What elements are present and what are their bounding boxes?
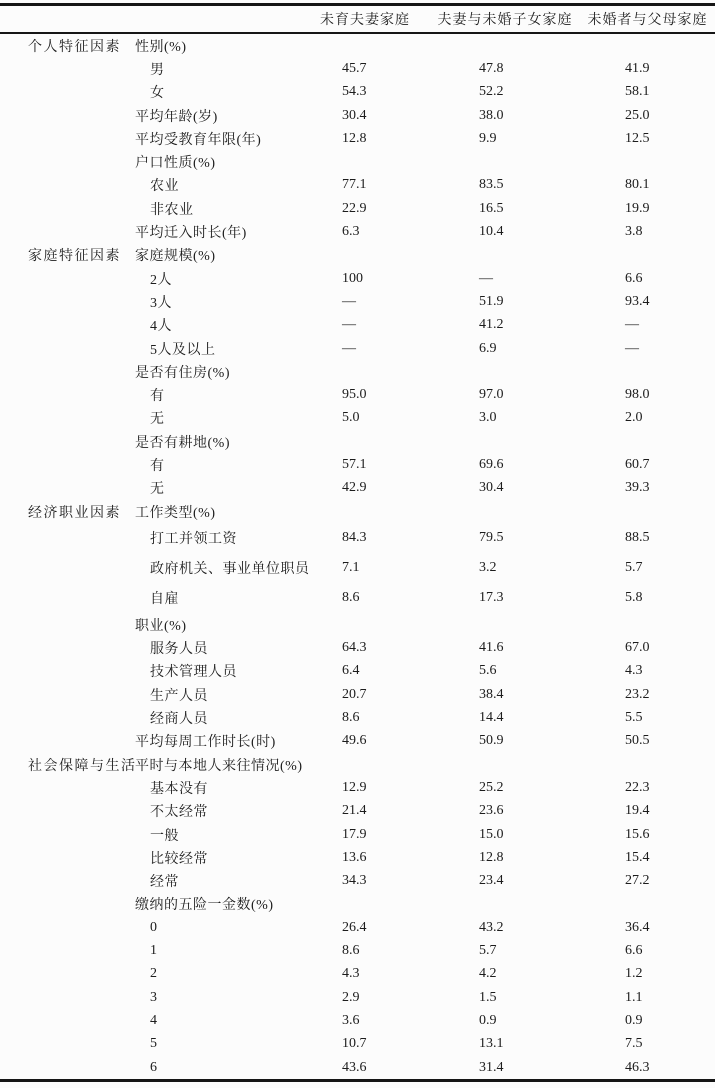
- table-row: 打工并领工资84.379.588.5: [0, 523, 715, 553]
- category-cell: 经济职业因素: [0, 502, 135, 522]
- value-cell: 1.5: [430, 990, 580, 1006]
- item-cell: 经商人员: [135, 708, 300, 728]
- table-row: 经济职业因素工作类型(%): [0, 500, 715, 523]
- item-cell: 有: [135, 385, 300, 405]
- item-cell: 平时与本地人来往情况(%): [135, 755, 300, 775]
- value-cell: 25.2: [430, 780, 580, 796]
- value-cell: 36.4: [580, 920, 715, 936]
- column-header-unmarried-with-parents: 未婚者与父母家庭: [580, 9, 715, 29]
- value-cell: 12.9: [300, 780, 430, 796]
- value-cell: 4.3: [300, 966, 430, 982]
- value-cell: 43.6: [300, 1060, 430, 1076]
- table-row: 有57.169.660.7: [0, 453, 715, 476]
- value-cell: 5.8: [580, 590, 715, 606]
- value-cell: 41.9: [580, 61, 715, 77]
- item-cell: 平均每周工作时长(时): [135, 731, 300, 751]
- value-cell: 79.5: [430, 530, 580, 546]
- value-cell: 64.3: [300, 640, 430, 656]
- value-cell: 22.3: [580, 780, 715, 796]
- value-cell: 15.6: [580, 827, 715, 843]
- value-cell: 7.5: [580, 1036, 715, 1052]
- value-cell: 15.0: [430, 827, 580, 843]
- table-row: 3人—51.993.4: [0, 290, 715, 313]
- value-cell: —: [580, 341, 715, 357]
- item-cell: 无: [135, 478, 300, 498]
- table-body: 个人特征因素性别(%)男45.747.841.9女54.352.258.1平均年…: [0, 34, 715, 1079]
- value-cell: 3.2: [430, 560, 580, 576]
- table-row: 缴纳的五险一金数(%): [0, 893, 715, 916]
- table-header-row: 未育夫妻家庭 夫妻与未婚子女家庭 未婚者与父母家庭: [0, 6, 715, 34]
- value-cell: 95.0: [300, 387, 430, 403]
- value-cell: 31.4: [430, 1060, 580, 1076]
- item-cell: 平均迁入时长(年): [135, 222, 300, 242]
- value-cell: —: [300, 341, 430, 357]
- item-cell: 打工并领工资: [135, 528, 300, 548]
- value-cell: 2.0: [580, 410, 715, 426]
- table-row: 个人特征因素性别(%): [0, 34, 715, 57]
- value-cell: 22.9: [300, 201, 430, 217]
- value-cell: 6.6: [580, 271, 715, 287]
- value-cell: 23.6: [430, 803, 580, 819]
- value-cell: 41.6: [430, 640, 580, 656]
- table-row: 无5.03.02.0: [0, 407, 715, 430]
- value-cell: 3.6: [300, 1013, 430, 1029]
- value-cell: 21.4: [300, 803, 430, 819]
- table-row: 基本没有12.925.222.3: [0, 776, 715, 799]
- item-cell: 4人: [135, 315, 300, 335]
- table-row: 2人100—6.6: [0, 267, 715, 290]
- value-cell: 38.4: [430, 687, 580, 703]
- value-cell: 15.4: [580, 850, 715, 866]
- table-row: 平均年龄(岁)30.438.025.0: [0, 104, 715, 127]
- table-row: 社会保障与生活平时与本地人来往情况(%): [0, 753, 715, 776]
- value-cell: 6.3: [300, 224, 430, 240]
- table-row: 无42.930.439.3: [0, 477, 715, 500]
- value-cell: 1.1: [580, 990, 715, 1006]
- value-cell: 3.8: [580, 224, 715, 240]
- item-cell: 性别(%): [135, 36, 300, 56]
- value-cell: 13.6: [300, 850, 430, 866]
- value-cell: 17.3: [430, 590, 580, 606]
- value-cell: 5.5: [580, 710, 715, 726]
- item-cell: 有: [135, 455, 300, 475]
- table-row: 不太经常21.423.619.4: [0, 800, 715, 823]
- table-row: 户口性质(%): [0, 150, 715, 173]
- value-cell: 54.3: [300, 84, 430, 100]
- value-cell: 38.0: [430, 108, 580, 124]
- value-cell: 50.9: [430, 733, 580, 749]
- item-cell: 农业: [135, 175, 300, 195]
- value-cell: 46.3: [580, 1060, 715, 1076]
- table-row: 服务人员64.341.667.0: [0, 637, 715, 660]
- value-cell: 93.4: [580, 294, 715, 310]
- value-cell: 51.9: [430, 294, 580, 310]
- item-cell: 生产人员: [135, 685, 300, 705]
- item-cell: 政府机关、事业单位职员: [135, 558, 300, 578]
- value-cell: 19.4: [580, 803, 715, 819]
- value-cell: 30.4: [430, 480, 580, 496]
- value-cell: 98.0: [580, 387, 715, 403]
- item-cell: 6: [135, 1060, 300, 1076]
- value-cell: 23.2: [580, 687, 715, 703]
- table-row: 女54.352.258.1: [0, 81, 715, 104]
- table-row: 是否有耕地(%): [0, 430, 715, 453]
- value-cell: 20.7: [300, 687, 430, 703]
- item-cell: 平均受教育年限(年): [135, 129, 300, 149]
- value-cell: 1.2: [580, 966, 715, 982]
- value-cell: 58.1: [580, 84, 715, 100]
- table-row: 是否有住房(%): [0, 360, 715, 383]
- value-cell: 17.9: [300, 827, 430, 843]
- value-cell: 8.6: [300, 943, 430, 959]
- table-row: 生产人员20.738.423.2: [0, 683, 715, 706]
- value-cell: 50.5: [580, 733, 715, 749]
- item-cell: 1: [135, 943, 300, 959]
- value-cell: 19.9: [580, 201, 715, 217]
- column-header-couple-with-children: 夫妻与未婚子女家庭: [430, 9, 580, 29]
- item-cell: 服务人员: [135, 638, 300, 658]
- value-cell: 0.9: [430, 1013, 580, 1029]
- item-cell: 无: [135, 408, 300, 428]
- table-row: 经常34.323.427.2: [0, 870, 715, 893]
- value-cell: 8.6: [300, 590, 430, 606]
- value-cell: 69.6: [430, 457, 580, 473]
- value-cell: 5.0: [300, 410, 430, 426]
- value-cell: 67.0: [580, 640, 715, 656]
- value-cell: 6.9: [430, 341, 580, 357]
- value-cell: 27.2: [580, 873, 715, 889]
- value-cell: 100: [300, 271, 430, 287]
- value-cell: —: [580, 317, 715, 333]
- table-row: 平均迁入时长(年)6.310.43.8: [0, 220, 715, 243]
- value-cell: 6.4: [300, 663, 430, 679]
- table-row: 24.34.21.2: [0, 963, 715, 986]
- value-cell: 49.6: [300, 733, 430, 749]
- value-cell: 97.0: [430, 387, 580, 403]
- item-cell: 女: [135, 82, 300, 102]
- value-cell: 12.8: [300, 131, 430, 147]
- value-cell: 84.3: [300, 530, 430, 546]
- value-cell: 10.4: [430, 224, 580, 240]
- value-cell: 13.1: [430, 1036, 580, 1052]
- item-cell: 户口性质(%): [135, 152, 300, 172]
- table-row: 经商人员8.614.45.5: [0, 706, 715, 729]
- value-cell: 77.1: [300, 177, 430, 193]
- table-row: 农业77.183.580.1: [0, 174, 715, 197]
- value-cell: 12.8: [430, 850, 580, 866]
- table-row: 18.65.76.6: [0, 939, 715, 962]
- table-row: 有95.097.098.0: [0, 383, 715, 406]
- value-cell: 5.7: [430, 943, 580, 959]
- value-cell: 10.7: [300, 1036, 430, 1052]
- value-cell: 57.1: [300, 457, 430, 473]
- value-cell: 14.4: [430, 710, 580, 726]
- value-cell: 4.2: [430, 966, 580, 982]
- value-cell: 80.1: [580, 177, 715, 193]
- item-cell: 5: [135, 1036, 300, 1052]
- value-cell: 8.6: [300, 710, 430, 726]
- item-cell: 缴纳的五险一金数(%): [135, 894, 300, 914]
- table-row: 平均每周工作时长(时)49.650.950.5: [0, 730, 715, 753]
- value-cell: —: [430, 271, 580, 287]
- table-row: 家庭特征因素家庭规模(%): [0, 244, 715, 267]
- table-row: 一般17.915.015.6: [0, 823, 715, 846]
- item-cell: 工作类型(%): [135, 502, 300, 522]
- table-row: 026.443.236.4: [0, 916, 715, 939]
- item-cell: 比较经常: [135, 848, 300, 868]
- item-cell: 不太经常: [135, 801, 300, 821]
- table-row: 职业(%): [0, 613, 715, 636]
- table-row: 643.631.446.3: [0, 1056, 715, 1079]
- value-cell: 42.9: [300, 480, 430, 496]
- item-cell: 一般: [135, 825, 300, 845]
- value-cell: —: [300, 294, 430, 310]
- value-cell: 60.7: [580, 457, 715, 473]
- value-cell: 7.1: [300, 560, 430, 576]
- table-row: 5人及以上—6.9—: [0, 337, 715, 360]
- value-cell: 34.3: [300, 873, 430, 889]
- value-cell: 83.5: [430, 177, 580, 193]
- value-cell: —: [300, 317, 430, 333]
- column-header-childless-couple: 未育夫妻家庭: [300, 9, 430, 29]
- value-cell: 47.8: [430, 61, 580, 77]
- item-cell: 职业(%): [135, 615, 300, 635]
- value-cell: 45.7: [300, 61, 430, 77]
- value-cell: 39.3: [580, 480, 715, 496]
- item-cell: 3人: [135, 292, 300, 312]
- value-cell: 43.2: [430, 920, 580, 936]
- value-cell: 3.0: [430, 410, 580, 426]
- value-cell: 16.5: [430, 201, 580, 217]
- value-cell: 41.2: [430, 317, 580, 333]
- item-cell: 4: [135, 1013, 300, 1029]
- item-cell: 基本没有: [135, 778, 300, 798]
- value-cell: 26.4: [300, 920, 430, 936]
- table-row: 43.60.90.9: [0, 1009, 715, 1032]
- value-cell: 88.5: [580, 530, 715, 546]
- item-cell: 技术管理人员: [135, 661, 300, 681]
- value-cell: 23.4: [430, 873, 580, 889]
- value-cell: 2.9: [300, 990, 430, 1006]
- item-cell: 平均年龄(岁): [135, 106, 300, 126]
- table-row: 男45.747.841.9: [0, 57, 715, 80]
- value-cell: 5.7: [580, 560, 715, 576]
- value-cell: 9.9: [430, 131, 580, 147]
- value-cell: 6.6: [580, 943, 715, 959]
- table-row: 非农业22.916.519.9: [0, 197, 715, 220]
- item-cell: 是否有耕地(%): [135, 432, 300, 452]
- item-cell: 男: [135, 59, 300, 79]
- item-cell: 3: [135, 990, 300, 1006]
- table-row: 技术管理人员6.45.64.3: [0, 660, 715, 683]
- table-row: 平均受教育年限(年)12.89.912.5: [0, 127, 715, 150]
- item-cell: 2: [135, 966, 300, 982]
- statistics-table: 未育夫妻家庭 夫妻与未婚子女家庭 未婚者与父母家庭 个人特征因素性别(%)男45…: [0, 3, 715, 1082]
- item-cell: 0: [135, 920, 300, 936]
- value-cell: 52.2: [430, 84, 580, 100]
- table-row: 自雇8.617.35.8: [0, 583, 715, 613]
- value-cell: 4.3: [580, 663, 715, 679]
- table-row: 32.91.51.1: [0, 986, 715, 1009]
- item-cell: 家庭规模(%): [135, 245, 300, 265]
- item-cell: 是否有住房(%): [135, 362, 300, 382]
- table-row: 510.713.17.5: [0, 1033, 715, 1056]
- item-cell: 5人及以上: [135, 339, 300, 359]
- item-cell: 经常: [135, 871, 300, 891]
- category-cell: 社会保障与生活: [0, 755, 135, 775]
- table-row: 4人—41.2—: [0, 314, 715, 337]
- table-row: 政府机关、事业单位职员7.13.25.7: [0, 553, 715, 583]
- value-cell: 0.9: [580, 1013, 715, 1029]
- value-cell: 5.6: [430, 663, 580, 679]
- table-row: 比较经常13.612.815.4: [0, 846, 715, 869]
- category-cell: 个人特征因素: [0, 36, 135, 56]
- value-cell: 12.5: [580, 131, 715, 147]
- item-cell: 自雇: [135, 588, 300, 608]
- value-cell: 25.0: [580, 108, 715, 124]
- category-cell: 家庭特征因素: [0, 245, 135, 265]
- item-cell: 非农业: [135, 199, 300, 219]
- item-cell: 2人: [135, 269, 300, 289]
- value-cell: 30.4: [300, 108, 430, 124]
